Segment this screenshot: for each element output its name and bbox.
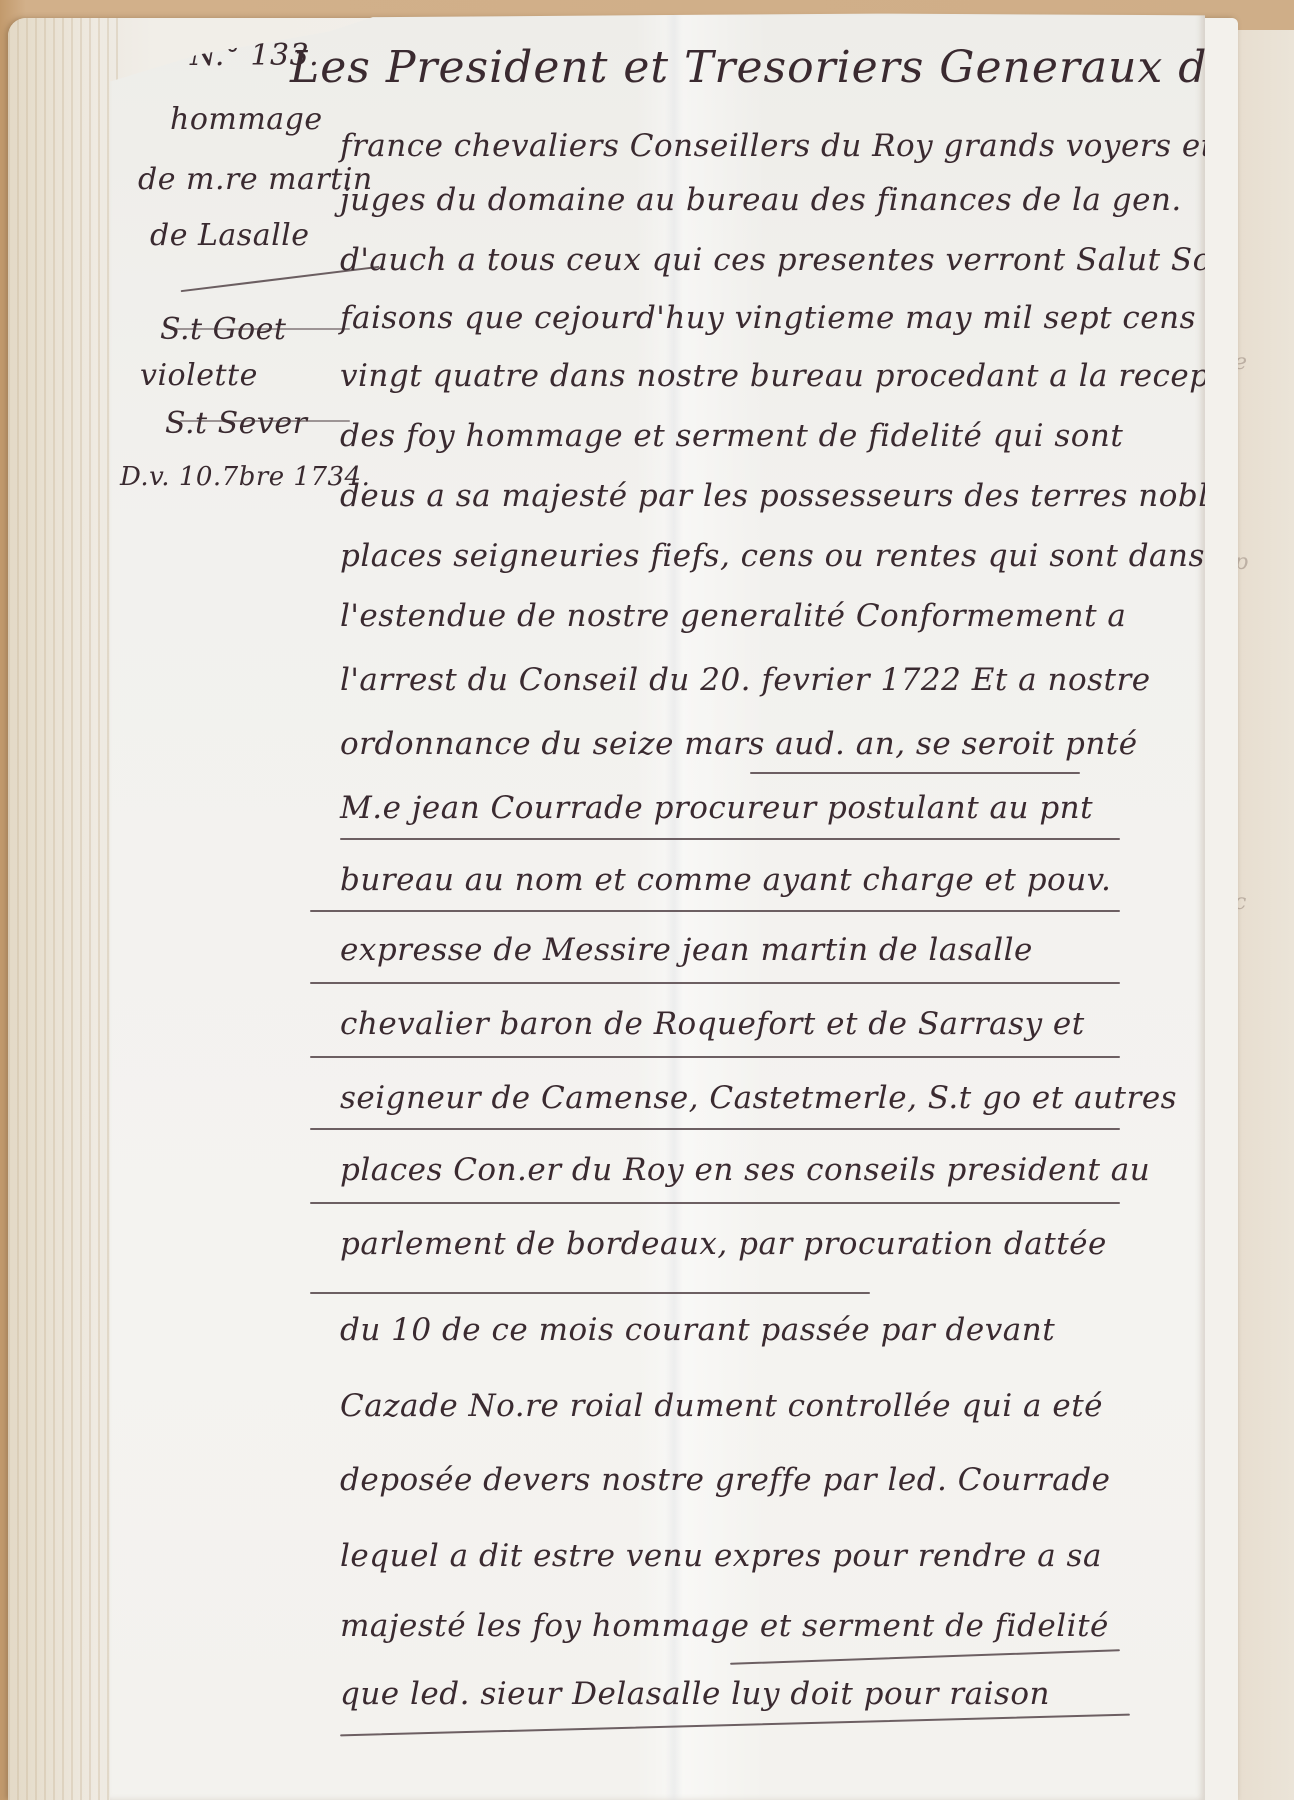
underline-rule (340, 1714, 1130, 1737)
text-line: deposée devers nostre greffe par led. Co… (340, 1462, 1110, 1498)
text-line: Cazade No.re roial dument controllée qui… (340, 1388, 1103, 1424)
text-line: majesté les foy hommage et serment de fi… (340, 1608, 1109, 1644)
margin-note: de m.re martin (138, 162, 373, 197)
text-line: d'auch a tous ceux qui ces presentes ver… (340, 242, 1292, 278)
page-fold (665, 10, 683, 1800)
text-line: du 10 de ce mois courant passée par deva… (340, 1312, 1055, 1348)
manuscript-page: N.° 133. hommage de m.re martin de Lasal… (110, 10, 1205, 1800)
underline-rule (750, 772, 1080, 774)
underline-rule (310, 1292, 870, 1294)
text-line: l'arrest du Conseil du 20. fevrier 1722 … (340, 662, 1151, 698)
underline-rule (310, 1202, 1120, 1204)
text-line: vingt quatre dans nostre bureau procedan… (340, 358, 1220, 394)
text-line: des foy hommage et serment de fidelité q… (340, 418, 1123, 454)
text-line: seigneur de Camense, Castetmerle, S.t go… (340, 1080, 1177, 1116)
margin-note: hommage (170, 102, 323, 137)
margin-note: violette (140, 358, 258, 393)
document-heading: Les President et Tresoriers Generaux de (290, 42, 1234, 93)
margin-note: S.t Sever (165, 406, 307, 441)
text-line: M.e jean Courrade procureur postulant au… (340, 790, 1093, 826)
text-line: places Con.er du Roy en ses conseils pre… (340, 1152, 1150, 1188)
text-line: lequel a dit estre venu expres pour rend… (340, 1538, 1102, 1574)
text-line: faisons que cejourd'huy vingtieme may mi… (340, 300, 1196, 336)
underline-rule (340, 838, 1120, 840)
underline-rule (310, 910, 1120, 912)
text-line: chevalier baron de Roquefort et de Sarra… (340, 1006, 1085, 1042)
text-line: places seigneuries fiefs, cens ou rentes… (340, 538, 1205, 574)
underline-rule (730, 1649, 1120, 1665)
underline-rule (310, 982, 1120, 984)
underline-rule (310, 1056, 1120, 1058)
text-line: ordonnance du seize mars aud. an, se ser… (340, 726, 1138, 762)
margin-date: D.v. 10.7bre 1734. (120, 462, 370, 492)
text-line: deus a sa majesté par les possesseurs de… (340, 478, 1244, 514)
text-line: l'estendue de nostre generalité Conforme… (340, 598, 1126, 634)
text-line: expresse de Messire jean martin de lasal… (340, 932, 1033, 968)
text-line: que led. sieur Delasalle luy doit pour r… (340, 1676, 1050, 1712)
text-line: juges du domaine au bureau des finances … (340, 182, 1182, 218)
margin-note: de Lasalle (150, 218, 310, 253)
margin-rule (170, 328, 350, 330)
underline-rule (310, 1128, 1120, 1130)
text-line: france chevaliers Conseillers du Roy gra… (340, 128, 1214, 164)
margin-rule (180, 420, 350, 422)
text-line: parlement de bordeaux, par procuration d… (340, 1226, 1107, 1262)
text-line: bureau au nom et comme ayant charge et p… (340, 862, 1111, 898)
